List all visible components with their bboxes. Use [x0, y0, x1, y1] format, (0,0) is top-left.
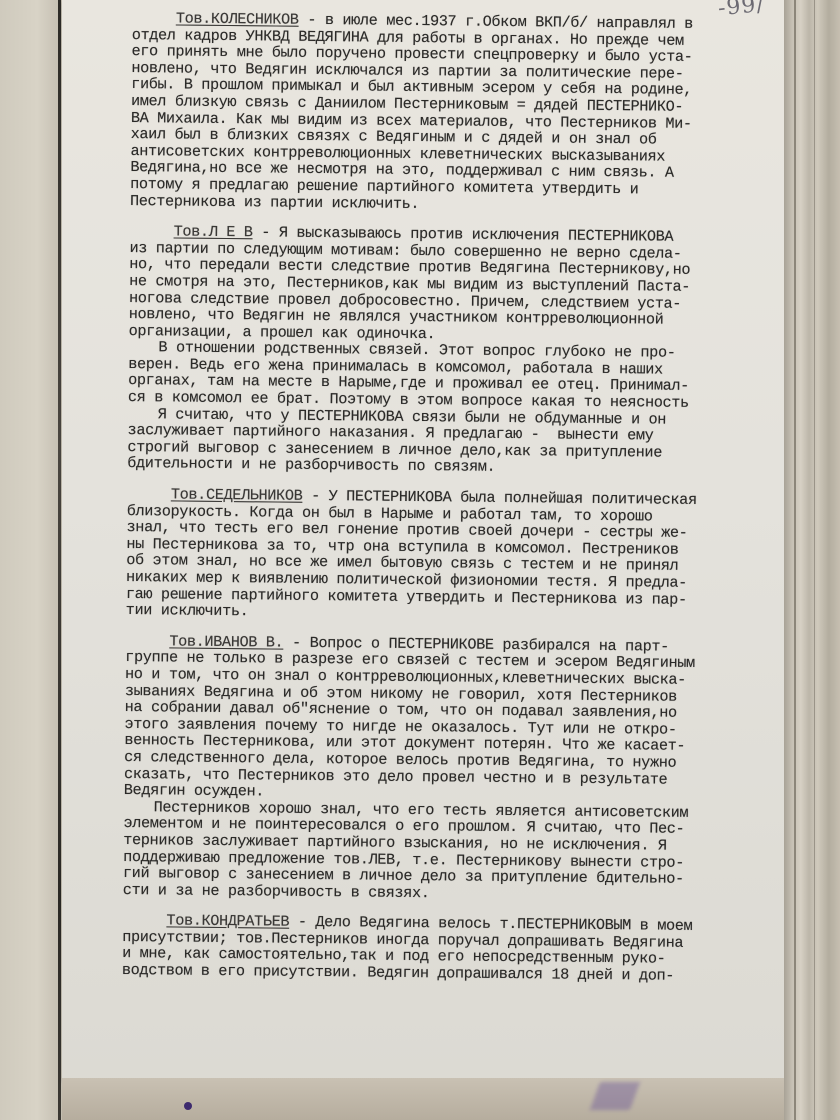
speaker-name: Тов.Л Е В	[174, 223, 253, 242]
speech-block: Тов.КОЛЕСНИКОВ - в июле мес.1937 г.Обком…	[130, 10, 804, 216]
speech-block: Тов.КОНДРАТЬЕВ - Дело Ведягина велось т.…	[122, 912, 795, 985]
sheet-below	[62, 1078, 792, 1120]
speech-block: Тов.СЕДЕЛЬНИКОВ - У ПЕСТЕРНИКОВА была по…	[126, 486, 799, 626]
speech-block: Тов.Л Е В - Я высказываюсь против исключ…	[127, 223, 802, 479]
speech-block: Тов.ИВАНОВ В. - Вопрос о ПЕСТЕРНИКОВЕ ра…	[123, 633, 798, 906]
book-spine	[58, 0, 61, 1120]
left-page-edge	[0, 0, 62, 1120]
ink-dot	[184, 1102, 192, 1110]
document-body: Тов.КОЛЕСНИКОВ - в июле мес.1937 г.Обком…	[122, 10, 804, 1000]
